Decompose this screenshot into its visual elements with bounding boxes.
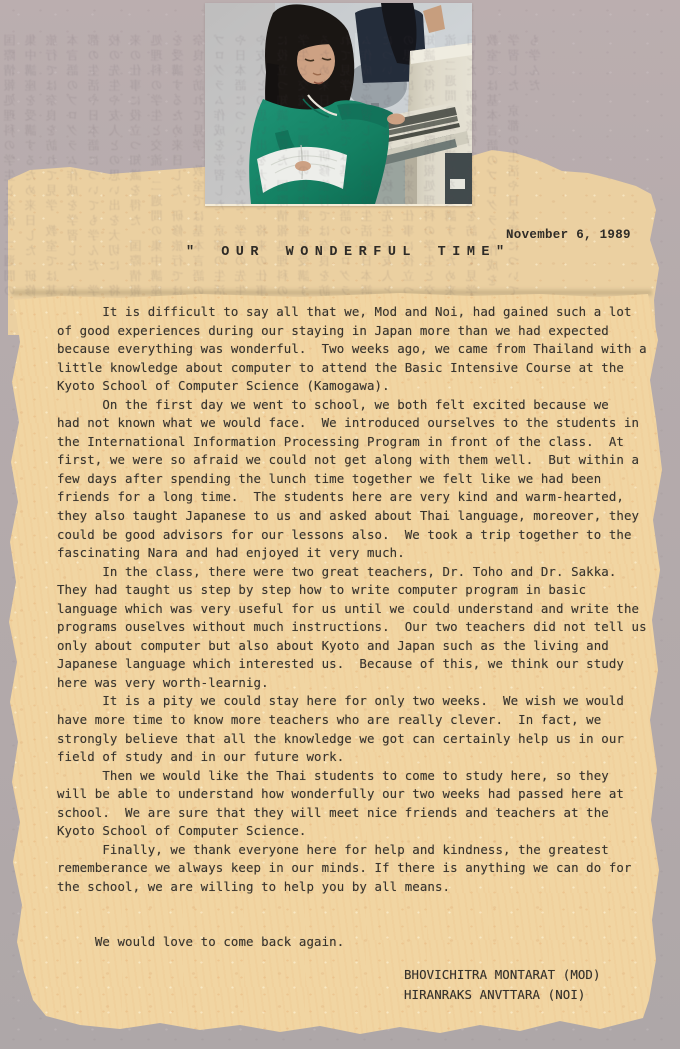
letter-closing-line: We would love to come back again. [57, 933, 657, 952]
scanned-letter-page: 国際情報処理科の学生と交流 二週間の集中講座を受講するため来日した 研修旅行では… [0, 0, 680, 1049]
letter-paragraph-2: On the first day we went to school, we b… [57, 396, 657, 563]
letter-paragraph-3: In the class, there were two great teach… [57, 563, 657, 693]
letter-paragraph-5: Then we would like the Thai students to … [57, 767, 657, 841]
monitor-shadow [445, 153, 472, 204]
classroom-photo [205, 3, 472, 206]
letter-date: November 6, 1989 [506, 228, 631, 242]
classroom-photo-illustration [205, 3, 472, 204]
student-hand-keyboard [387, 114, 405, 125]
letter-paragraph-4: It is a pity we could stay here for only… [57, 692, 657, 766]
letter-paragraph-1: It is difficult to say all that we, Mod … [57, 303, 657, 396]
letter-title: " OUR WONDERFUL TIME" [186, 245, 511, 260]
letter-signatures: BHOVICHITRA MONTARAT (MOD) HIRANRAKS ANV… [404, 965, 601, 1005]
student-hand-book [295, 161, 311, 171]
letter-body: It is difficult to say all that we, Mod … [57, 303, 657, 951]
letter-paragraph-6: Finally, we thank everyone here for help… [57, 841, 657, 897]
